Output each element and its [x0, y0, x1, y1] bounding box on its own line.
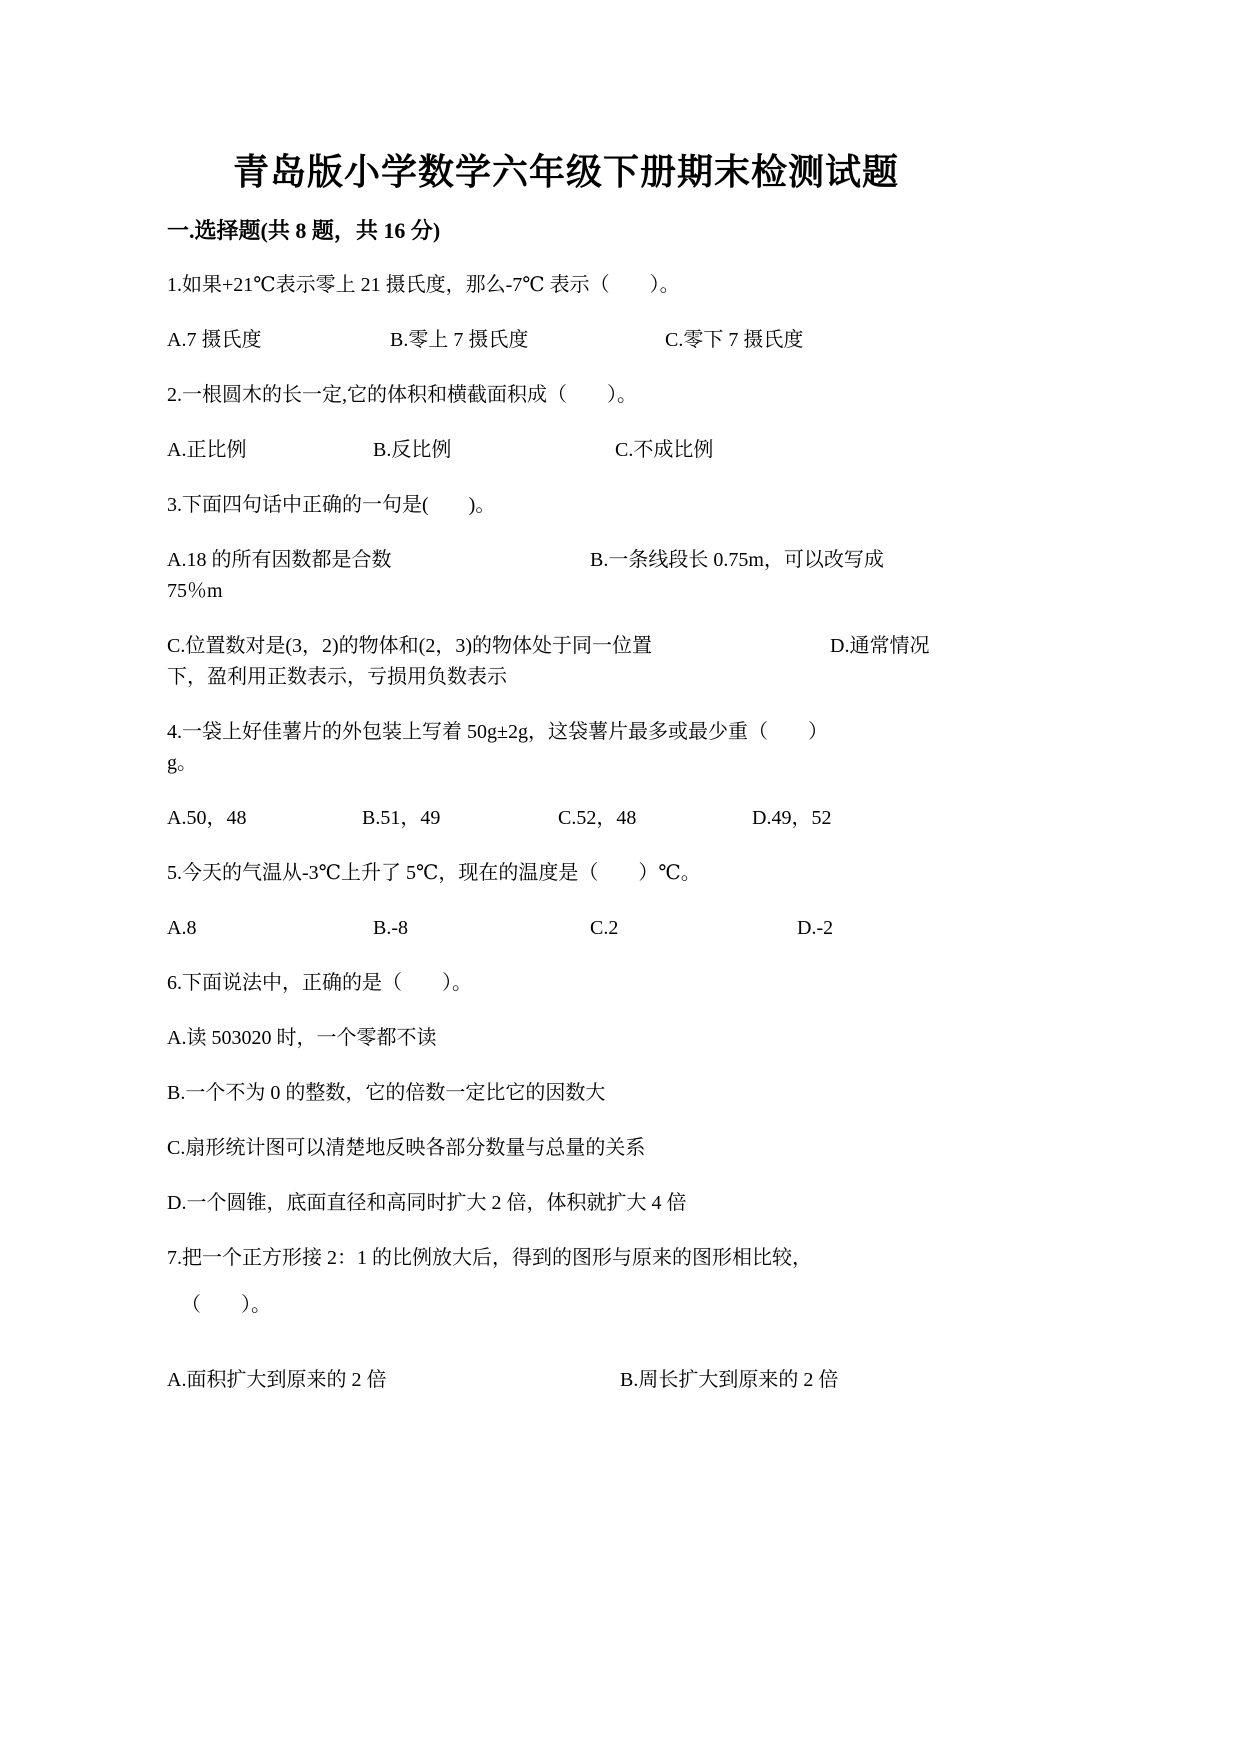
question-1-option-a: A.7 摄氏度	[167, 325, 385, 356]
question-5-option-d: D.-2	[797, 913, 833, 944]
question-1-text: 1.如果+21℃表示零上 21 摄氏度，那么-7℃ 表示（ ）。	[167, 270, 1091, 301]
question-6-option-d: D.一个圆锥，底面直径和高同时扩大 2 倍，体积就扩大 4 倍	[167, 1188, 1091, 1219]
question-3-options-ab: A.18 的所有因数都是合数 B.一条线段长 0.75m，可以改写成	[167, 545, 1091, 576]
question-7-text-wrap: （ ）。	[167, 1290, 1091, 1321]
question-6-option-c: C.扇形统计图可以清楚地反映各部分数量与总量的关系	[167, 1133, 1091, 1164]
question-3-option-d: D.通常情况	[830, 631, 929, 662]
question-1-options: A.7 摄氏度 B.零上 7 摄氏度 C.零下 7 摄氏度	[167, 325, 1091, 356]
question-2-text: 2.一根圆木的长一定,它的体积和横截面积成（ ）。	[167, 380, 1091, 411]
question-5-option-b: B.-8	[373, 913, 585, 944]
question-5-text: 5.今天的气温从-3℃上升了 5℃，现在的温度是（ ）℃。	[167, 858, 1091, 889]
question-3-option-b: B.一条线段长 0.75m，可以改写成	[590, 545, 884, 576]
question-3-option-b-wrap: 75％m	[167, 576, 1091, 607]
question-3-option-c: C.位置数对是(3，2)的物体和(2，3)的物体处于同一位置	[167, 631, 825, 662]
question-2-options: A.正比例 B.反比例 C.不成比例	[167, 435, 1091, 466]
question-3-options-cd: C.位置数对是(3，2)的物体和(2，3)的物体处于同一位置 D.通常情况	[167, 631, 1091, 662]
question-5-option-c: C.2	[590, 913, 792, 944]
question-4-option-b: B.51，49	[362, 803, 553, 834]
question-5-options: A.8 B.-8 C.2 D.-2	[167, 913, 1091, 944]
question-1-option-c: C.零下 7 摄氏度	[665, 325, 803, 356]
question-4-option-c: C.52，48	[558, 803, 747, 834]
document-page: 青岛版小学数学六年级下册期末检测试题 一.选择题(共 8 题，共 16 分) 1…	[0, 0, 1241, 1755]
question-4-text: 4.一袋上好佳薯片的外包装上写着 50g±2g，这袋薯片最多或最少重（ ）	[167, 717, 1091, 748]
question-7-text: 7.把一个正方形接 2：1 的比例放大后，得到的图形与原来的图形相比较，	[167, 1243, 1091, 1274]
question-4-option-a: A.50，48	[167, 803, 357, 834]
question-3-option-d-wrap: 下，盈利用正数表示，亏损用负数表示	[167, 662, 1091, 693]
question-7-option-b: B.周长扩大到原来的 2 倍	[620, 1365, 838, 1396]
question-3-text: 3.下面四句话中正确的一句是( )。	[167, 490, 1091, 521]
page-title: 青岛版小学数学六年级下册期末检测试题	[233, 148, 1091, 196]
question-2-option-a: A.正比例	[167, 435, 368, 466]
question-4-text-wrap: g。	[167, 748, 1091, 779]
question-7-options: A.面积扩大到原来的 2 倍 B.周长扩大到原来的 2 倍	[167, 1365, 1091, 1396]
question-1-option-b: B.零上 7 摄氏度	[390, 325, 660, 356]
section-heading: 一.选择题(共 8 题，共 16 分)	[167, 216, 1091, 246]
question-5-option-a: A.8	[167, 913, 368, 944]
question-4-options: A.50，48 B.51，49 C.52，48 D.49，52	[167, 803, 1091, 834]
question-6-option-a: A.读 503020 时，一个零都不读	[167, 1023, 1091, 1054]
question-2-option-b: B.反比例	[373, 435, 610, 466]
question-7-option-a: A.面积扩大到原来的 2 倍	[167, 1365, 615, 1396]
question-4-option-d: D.49，52	[752, 803, 831, 834]
question-6-text: 6.下面说法中，正确的是（ ）。	[167, 968, 1091, 999]
question-3-option-a: A.18 的所有因数都是合数	[167, 545, 585, 576]
question-2-option-c: C.不成比例	[615, 435, 713, 466]
question-6-option-b: B.一个不为 0 的整数，它的倍数一定比它的因数大	[167, 1078, 1091, 1109]
